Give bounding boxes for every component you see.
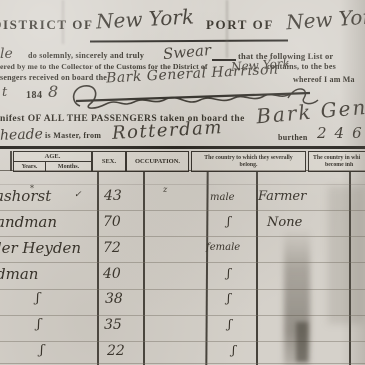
row-rule <box>0 236 365 237</box>
age-years: 72 <box>103 241 121 255</box>
age-years: 70 <box>103 215 121 229</box>
port-value-handwritten: New York <box>285 6 365 33</box>
table-top-border <box>0 146 365 149</box>
country-inhabit-line1: The country in whi <box>309 154 365 162</box>
district-label: DISTRICT OF <box>0 18 94 31</box>
date-fragment: t <box>2 86 7 99</box>
column-header-age: AGE. Years. Months. <box>13 151 92 172</box>
body-line-age-next <box>143 171 145 365</box>
age-header-label: AGE. <box>14 152 91 162</box>
row-rule <box>0 363 365 364</box>
occupation-header-label: OCCUPATION. <box>127 152 188 171</box>
name-ditto-mark: ʃ <box>37 318 41 331</box>
oath-swear-handwritten: Swear <box>162 43 211 62</box>
master-printed-a: is Master, from <box>45 132 101 140</box>
body-line-before-sex <box>205 171 208 365</box>
name-ditto-mark: ʃ <box>40 344 44 357</box>
row-rule <box>0 315 365 316</box>
passenger-manifest-scan: DISTRICT OF New York PORT OF New York le… <box>0 0 365 365</box>
age-years: 43 <box>104 189 122 203</box>
row-rule <box>0 262 365 263</box>
row-rule <box>0 184 365 185</box>
sex-ditto-mark: ʃ <box>227 292 230 304</box>
passenger-name: dman <box>0 267 38 282</box>
sex-value: male <box>210 193 235 203</box>
country-value: None <box>267 216 302 229</box>
age-years: 35 <box>104 318 122 332</box>
country-belong-line2: belong. <box>192 162 305 169</box>
oath-left-fragment: le <box>0 47 13 61</box>
year-handwritten: 8 <box>48 84 58 100</box>
body-line-name-age <box>97 171 99 365</box>
column-header-occupation: OCCUPATION. <box>126 151 189 172</box>
sex-ditto-mark: ʃ <box>227 267 230 279</box>
row-rule <box>0 210 365 211</box>
paper-mottling <box>328 186 364 324</box>
age-years: 22 <box>107 344 125 358</box>
passenger-name: ashorst <box>0 189 51 204</box>
master-name-handwritten: heade <box>0 127 43 142</box>
burthen-label: burthen <box>278 134 308 142</box>
sex-header-label: SEX. <box>93 152 125 171</box>
year-printed: 184 <box>26 91 43 101</box>
origin-port-handwritten: Rotterdam <box>112 119 224 143</box>
dark-stain <box>296 322 308 362</box>
passenger-name: der Heyden <box>0 241 81 256</box>
sex-value: female <box>206 243 240 253</box>
sex-ditto-mark: ʃ <box>228 318 231 330</box>
row-rule <box>0 341 365 342</box>
country-value: Farmer <box>258 190 306 203</box>
check-mark: ✓ <box>74 191 82 200</box>
passenger-name: andman <box>0 215 57 230</box>
row-rule <box>0 289 365 290</box>
water-stain <box>284 228 310 365</box>
ink-mark: z <box>163 185 167 194</box>
country-inhabit-line2: become inh <box>309 162 365 169</box>
column-header-sex: SEX. <box>92 151 126 172</box>
sex-ditto-mark: ʃ <box>227 215 230 227</box>
name-ditto-mark: ʃ <box>36 292 40 305</box>
age-years: 40 <box>103 267 121 281</box>
oath-line1-printed: do solemnly, sincerely and truly <box>28 52 144 60</box>
sex-ditto-mark: ʃ <box>232 344 235 356</box>
column-header-country-belong: The country to which they severally belo… <box>191 151 306 172</box>
burthen-value-handwritten: 246 <box>317 126 365 141</box>
port-label: PORT OF <box>206 18 274 31</box>
district-value-handwritten: New York <box>96 6 195 31</box>
country-belong-line1: The country to which they severally <box>192 154 305 162</box>
header-left-stub-line <box>10 151 12 171</box>
years-header-label: Years. <box>14 162 46 172</box>
months-header-label: Months. <box>46 162 91 172</box>
column-header-country-inhabit: The country in whi become inh <box>308 151 365 172</box>
body-line-right <box>349 171 351 365</box>
age-years: 38 <box>105 292 123 306</box>
